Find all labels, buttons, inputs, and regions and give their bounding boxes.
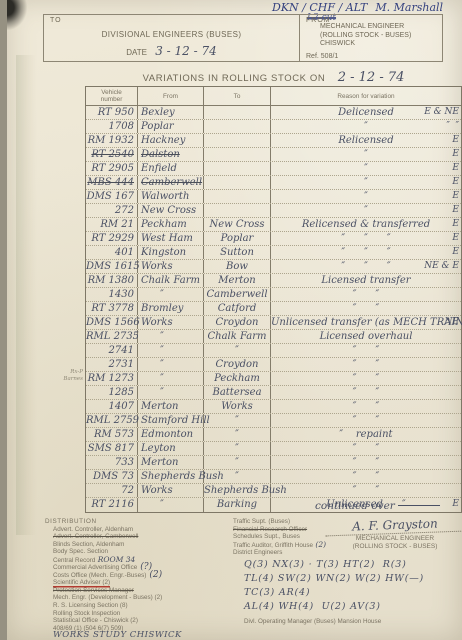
to-cell	[204, 134, 271, 147]
from-line-2: (ROLLING STOCK - BUSES)	[320, 32, 411, 41]
reason-cell: Licensed overhaul	[271, 330, 461, 343]
from-cell: Dalston	[138, 148, 204, 161]
table-header-row: Vehicle number From To Reason for variat…	[86, 87, 461, 106]
continued-over-note: continued over	[315, 500, 440, 512]
signature-role-1: MECHANICAL ENGINEER	[325, 535, 462, 543]
vehicle-cell: SMS 817	[86, 442, 138, 455]
table-row: SMS 817Leyton″″ ″	[86, 442, 461, 456]
to-cell: Camberwell	[204, 288, 271, 301]
vehicle-header-line1: Vehicle	[86, 89, 137, 96]
date-label: DATE	[126, 48, 147, 57]
from-cell: New Cross	[138, 204, 204, 217]
reason-text: ″	[271, 204, 461, 217]
table-row: RML 2735 ″Chalk FarmLicensed overhaul	[86, 330, 461, 344]
reason-cell: ″ ″ ″NE & E	[271, 260, 461, 273]
vehicle-cell: RM 21	[86, 218, 138, 231]
reason-text: Licensed overhaul	[271, 330, 461, 343]
table-row: 1285 ″Battersea″ ″	[86, 386, 461, 400]
reason-cell: Licensed transfer	[271, 274, 461, 287]
scanned-memo-page: DKN / CHF / ALT M. Marshall L2 cut TO DI…	[7, 0, 462, 640]
from-cell: Bexley	[138, 106, 204, 119]
reason-cell: Unlicensed transfer (as MECH TRAINER)NE	[271, 316, 461, 329]
reason-cell: ″ repaint	[271, 428, 461, 441]
table-row: RT 2905Enfield″E	[86, 162, 461, 176]
district-codes-handwritten: Q(3) NX(3) · T(3) HT(2) R(3)TL(4) SW(2) …	[244, 558, 424, 614]
reason-cell: ″E	[271, 204, 461, 217]
from-cell: Hackney	[138, 134, 204, 147]
scan-corner-artifact	[7, 0, 27, 30]
distribution-item-text: Costs Office (Mech. Engr.-Buses)	[53, 572, 146, 579]
signature-handwritten: A. F. Grayston	[325, 516, 462, 537]
distribution-title: DISTRIBUTION	[45, 518, 237, 526]
licence-code: ″ ″	[447, 120, 459, 133]
to-cell: ″	[204, 470, 271, 483]
distribution-item: R. S. Licensing Section (8)	[45, 602, 237, 610]
routing-annotation: DKN / CHF / ALT M. Marshall	[272, 1, 443, 14]
table-row: RT 2540Dalston″E	[86, 148, 461, 162]
to-header: To	[204, 87, 271, 105]
licence-code: E	[452, 162, 459, 175]
to-cell	[204, 162, 271, 175]
distribution-item: WORKS STUDY CHISWICK	[45, 632, 237, 640]
distribution-item-text: Statistical Office - Chiswick (2)	[53, 617, 138, 624]
table-row: RT 950BexleyDelicensedE & NE	[86, 106, 461, 120]
to-cell	[204, 106, 271, 119]
licence-code: E	[452, 246, 459, 259]
reason-text: ″	[271, 176, 461, 189]
from-line-1: MECHANICAL ENGINEER	[320, 23, 404, 32]
from-cell: ″	[138, 330, 204, 343]
distribution-item: Blinds Section, Aldenham	[45, 541, 237, 549]
vehicle-cell: RT 2540	[86, 148, 138, 161]
from-cell: ″	[138, 288, 204, 301]
reason-cell: ″ ″	[271, 484, 461, 497]
reason-text: ″ ″ ″	[271, 246, 461, 259]
to-cell: Sutton	[204, 246, 271, 259]
to-cell: ″	[204, 442, 271, 455]
to-cell: Shepherds Bush	[204, 484, 271, 497]
to-cell	[204, 176, 271, 189]
distribution-item: Mech. Engr. (Development - Buses) (2)	[45, 594, 237, 602]
distribution-item-text: Protection Services Manager	[53, 587, 134, 594]
ref-number: Ref. 508/1	[306, 53, 338, 60]
distribution-item-text: Central Record	[53, 557, 95, 564]
reason-text: ″ ″	[271, 484, 461, 497]
table-row: 2741 ″″″ ″	[86, 344, 461, 358]
vehicle-cell: 733	[86, 456, 138, 469]
vehicle-cell: RML 2735	[86, 330, 138, 343]
from-cell: Shepherds Bush	[138, 470, 204, 483]
to-cell: Works	[204, 400, 271, 413]
from-line-3: CHISWICK	[320, 40, 355, 49]
reason-cell: ″ ″	[271, 386, 461, 399]
licence-code: E	[452, 176, 459, 189]
reason-text: ″ ″	[271, 442, 461, 455]
vehicle-cell: DMS 1615	[86, 260, 138, 273]
from-cell: Camberwell	[138, 176, 204, 189]
distribution-item: Advert. Controller, Aldenham	[45, 526, 237, 534]
from-cell: Works	[138, 260, 204, 273]
vehicle-cell: DMS 167	[86, 190, 138, 203]
vehicle-cell: RT 950	[86, 106, 138, 119]
title-date-handwritten: 2 - 12 - 74	[338, 70, 405, 85]
licence-code: E	[452, 148, 459, 161]
distribution-item-text: Commercial Advertising Office	[53, 564, 137, 571]
reason-cell: ″ ″	[271, 358, 461, 371]
vehicle-cell: 401	[86, 246, 138, 259]
reason-cell: ″ ″	[271, 442, 461, 455]
from-cell: Merton	[138, 456, 204, 469]
to-cell: Poplar	[204, 232, 271, 245]
licence-code: E	[452, 232, 459, 245]
to-cell: New Cross	[204, 218, 271, 231]
reason-text: Relicensed & transferred	[271, 218, 461, 231]
table-row: 733Merton″″ ″	[86, 456, 461, 470]
distribution-item: Rolling Stock Inspection	[45, 610, 237, 618]
reason-text: ″ ″	[271, 344, 461, 357]
routing-name: M. Marshall	[375, 1, 443, 14]
from-cell: ″	[138, 498, 204, 512]
licence-code: E	[452, 204, 459, 217]
to-value: DIVISIONAL ENGINEERS (BUSES)	[44, 30, 299, 39]
table-row: DMS 1566WorksCroydonUnlicensed transfer …	[86, 316, 461, 330]
pencil-margin-note: Rx-P Barnes	[57, 369, 83, 382]
distribution-item-text: Mech. Engr. (Development - Buses) (2)	[53, 594, 162, 601]
table-row: RT 2929West HamPoplar″ ″ ″E	[86, 232, 461, 246]
to-cell: ″	[204, 414, 271, 427]
table-row: DMS 167Walworth″E	[86, 190, 461, 204]
distribution-item-text: District Engineers	[233, 549, 282, 556]
variations-table: Vehicle number From To Reason for variat…	[85, 86, 462, 513]
vehicle-cell: RT 2116	[86, 498, 138, 512]
reason-cell: ″E	[271, 190, 461, 203]
reason-text: ″ ″	[271, 358, 461, 371]
from-header: From	[138, 87, 204, 105]
table-row: RM 1932HackneyRelicensedE	[86, 134, 461, 148]
from-cell: Walworth	[138, 190, 204, 203]
distribution-item-text: R. S. Licensing Section (8)	[53, 602, 128, 609]
title-printed: VARIATIONS IN ROLLING STOCK ON	[143, 73, 326, 84]
district-codes-line: AL(4) WH(4) U(2) AV(3)	[244, 600, 424, 614]
distribution-item: Body Spec. Section	[45, 548, 237, 556]
distribution-item: Commercial Advertising Office(?)	[45, 564, 237, 572]
table-row: RT 3778BromleyCatford″ ″	[86, 302, 461, 316]
reason-cell: ″ ″	[271, 414, 461, 427]
reason-cell: ″ ″ ″E	[271, 246, 461, 259]
handwritten-addition: ROOM 34	[95, 555, 135, 564]
table-row: RM 1273 ″Peckham″ ″	[86, 372, 461, 386]
table-row: RM 1380Chalk FarmMertonLicensed transfer	[86, 274, 461, 288]
distribution-item-text: Advert. Controller, Camberwell	[53, 533, 138, 540]
to-cell: Catford	[204, 302, 271, 315]
reason-text: ″ ″	[271, 456, 461, 469]
distribution-footer: Divl. Operating Manager (Buses) Mansion …	[244, 618, 381, 625]
reason-text: ″ ″	[271, 288, 461, 301]
to-cell	[204, 148, 271, 161]
from-cell: ″	[138, 372, 204, 385]
distribution-item: Protection Services Manager	[45, 587, 237, 595]
reason-cell: ″ ″ ″E	[271, 232, 461, 245]
licence-code: E	[452, 134, 459, 147]
distribution-item-text: Rolling Stock Inspection	[53, 610, 120, 617]
date-line: DATE 3 - 12 - 74	[44, 44, 299, 58]
to-cell: ″	[204, 428, 271, 441]
table-row: 1708Poplar″″ ″	[86, 120, 461, 134]
reason-cell: ″ ″	[271, 400, 461, 413]
continued-over-text: continued over	[315, 500, 395, 512]
licence-code: NE	[445, 316, 459, 329]
to-cell: Bow	[204, 260, 271, 273]
to-cell: Merton	[204, 274, 271, 287]
reason-text: ″ ″	[271, 386, 461, 399]
vehicle-cell: RM 573	[86, 428, 138, 441]
distribution-item-text: Traffic Supt. (Buses)	[233, 518, 290, 525]
vehicle-cell: 1407	[86, 400, 138, 413]
to-cell: Croydon	[204, 358, 271, 371]
reason-text: ″	[271, 120, 461, 133]
vehicle-cell: RM 1380	[86, 274, 138, 287]
vehicle-cell: 2741	[86, 344, 138, 357]
date-value-handwritten: 3 - 12 - 74	[155, 44, 217, 58]
to-cell: Croydon	[204, 316, 271, 329]
from-cell: Kingston	[138, 246, 204, 259]
scan-edge-streak	[16, 55, 36, 535]
to-cell	[204, 190, 271, 203]
reason-cell: Relicensed & transferredE	[271, 218, 461, 231]
pen-flourish	[398, 505, 440, 506]
table-row: RML 2759Stamford Hill″″ ″	[86, 414, 461, 428]
distribution-item-text: Scientific Adviser (2)	[53, 579, 110, 586]
licence-code: E	[452, 218, 459, 231]
reason-cell: ″E	[271, 176, 461, 189]
distribution-item: Advert. Controller, Camberwell	[45, 533, 237, 541]
table-row: RM 21PeckhamNew CrossRelicensed & transf…	[86, 218, 461, 232]
vehicle-cell: RT 2929	[86, 232, 138, 245]
table-row: DMS 73Shepherds Bush″″ ″	[86, 470, 461, 484]
margin-note-line2: Barnes	[57, 376, 83, 383]
reason-text: ″	[271, 190, 461, 203]
reason-text: Relicensed	[271, 134, 461, 147]
reason-cell: DelicensedE & NE	[271, 106, 461, 119]
vehicle-cell: 72	[86, 484, 138, 497]
district-codes-line: TL(4) SW(2) WN(2) W(2) HW(—)	[244, 572, 424, 586]
reason-cell: ″″ ″	[271, 120, 461, 133]
vehicle-cell: 272	[86, 204, 138, 217]
to-cell: Chalk Farm	[204, 330, 271, 343]
distribution-item: Scientific Adviser (2)	[45, 579, 237, 587]
licence-code: E	[452, 190, 459, 203]
table-row: 72WorksShepherds Bush″ ″	[86, 484, 461, 498]
to-cell: Peckham	[204, 372, 271, 385]
from-cell: ″	[138, 386, 204, 399]
reason-text: ″ ″	[271, 372, 461, 385]
vehicle-cell: RT 2905	[86, 162, 138, 175]
from-cell: West Ham	[138, 232, 204, 245]
signature-role-2: (ROLLING STOCK - BUSES)	[325, 543, 462, 551]
to-cell: Barking	[204, 498, 271, 512]
reason-cell: ″E	[271, 148, 461, 161]
distribution-item-text: Financial Research Officer	[233, 526, 307, 533]
vehicle-cell: DMS 73	[86, 470, 138, 483]
reason-text: ″ ″	[271, 302, 461, 315]
distribution-item-text: Blinds Section, Aldenham	[53, 541, 124, 548]
from-cell: Peckham	[138, 218, 204, 231]
table-row: 2731 ″Croydon″ ″	[86, 358, 461, 372]
district-codes-line: Q(3) NX(3) · T(3) HT(2) R(3)	[244, 558, 424, 572]
to-cell: ″	[204, 456, 271, 469]
reason-text: ″ ″ ″	[271, 232, 461, 245]
reason-cell: ″ ″	[271, 288, 461, 301]
table-row: 1430 ″Camberwell″ ″	[86, 288, 461, 302]
vehicle-cell: DMS 1566	[86, 316, 138, 329]
reason-text: ″ ″	[271, 470, 461, 483]
distribution-item: Costs Office (Mech. Engr.-Buses)(2)	[45, 572, 237, 580]
vehicle-cell: 1708	[86, 120, 138, 133]
to-cell: ″	[204, 344, 271, 357]
vehicle-cell: RML 2759	[86, 414, 138, 427]
to-label: TO	[50, 17, 62, 24]
distribution-item-text: Advert. Controller, Aldenham	[53, 526, 133, 533]
vehicle-cell: 2731	[86, 358, 138, 371]
licence-code: E	[452, 498, 459, 511]
distribution-item-text: Traffic Auditor, Griffith House	[233, 542, 313, 549]
from-cell: Works	[138, 484, 204, 497]
table-row: 1407MertonWorks″ ″	[86, 400, 461, 414]
from-cell: Bromley	[138, 302, 204, 315]
vehicle-cell: RM 1273	[86, 372, 138, 385]
reason-cell: RelicensedE	[271, 134, 461, 147]
table-row: DMS 1615WorksBow″ ″ ″NE & E	[86, 260, 461, 274]
from-cell: Works	[138, 316, 204, 329]
from-cell: Poplar	[138, 120, 204, 133]
table-row: RM 573Edmonton″″ repaint	[86, 428, 461, 442]
reason-cell: ″ ″	[271, 302, 461, 315]
licence-code: E & NE	[424, 106, 459, 119]
vehicle-number-header: Vehicle number	[86, 87, 138, 105]
reason-cell: ″ ″	[271, 470, 461, 483]
to-cell	[204, 120, 271, 133]
reason-cell: ″E	[271, 162, 461, 175]
reason-text: ″ repaint	[271, 428, 461, 441]
from-cell: Merton	[138, 400, 204, 413]
signature-block: A. F. Grayston MECHANICAL ENGINEER (ROLL…	[325, 518, 462, 551]
from-cell: Edmonton	[138, 428, 204, 441]
from-cell: Enfield	[138, 162, 204, 175]
distribution-item-text: Schedules Supt., Buses	[233, 533, 300, 540]
from-cell: Leyton	[138, 442, 204, 455]
from-cell: ″	[138, 344, 204, 357]
to-cell: Battersea	[204, 386, 271, 399]
from-cell: ″	[138, 358, 204, 371]
reason-text: ″	[271, 162, 461, 175]
header-box-divider	[299, 15, 300, 61]
page-title: VARIATIONS IN ROLLING STOCK ON 2 - 12 - …	[85, 68, 462, 86]
reason-text: Unlicensed transfer (as MECH TRAINER)	[271, 316, 461, 329]
vehicle-cell: RT 3778	[86, 302, 138, 315]
licence-code: NE & E	[424, 260, 459, 273]
vehicle-cell: RM 1932	[86, 134, 138, 147]
table-row: 401KingstonSutton″ ″ ″E	[86, 246, 461, 260]
reason-text: Licensed transfer	[271, 274, 461, 287]
vehicle-cell: 1430	[86, 288, 138, 301]
to-cell	[204, 204, 271, 217]
table-row: MBS 444Camberwell″E	[86, 176, 461, 190]
reason-text: ″	[271, 148, 461, 161]
reason-text: ″ ″	[271, 414, 461, 427]
table-row: 272New Cross″E	[86, 204, 461, 218]
reason-header: Reason for variation	[271, 87, 461, 105]
district-codes-line: TC(3) AR(4)	[244, 586, 424, 600]
reason-cell: ″ ″	[271, 344, 461, 357]
handwritten-count: (2)	[149, 570, 162, 580]
vehicle-cell: 1285	[86, 386, 138, 399]
table-body: RT 950BexleyDelicensedE & NE1708Poplar″″…	[86, 106, 461, 512]
memo-header-box: TO DIVISIONAL ENGINEERS (BUSES) DATE 3 -…	[43, 14, 443, 62]
distribution-item: Statistical Office - Chiswick (2)	[45, 617, 237, 625]
reason-cell: ″ ″	[271, 456, 461, 469]
distribution-list-left: DISTRIBUTION Advert. Controller, Aldenha…	[45, 518, 237, 640]
from-cell: Stamford Hill	[138, 414, 204, 427]
vehicle-header-line2: number	[86, 96, 137, 103]
reason-text: ″ ″	[271, 400, 461, 413]
vehicle-cell: MBS 444	[86, 176, 138, 189]
from-cell: Chalk Farm	[138, 274, 204, 287]
reason-cell: ″ ″	[271, 372, 461, 385]
